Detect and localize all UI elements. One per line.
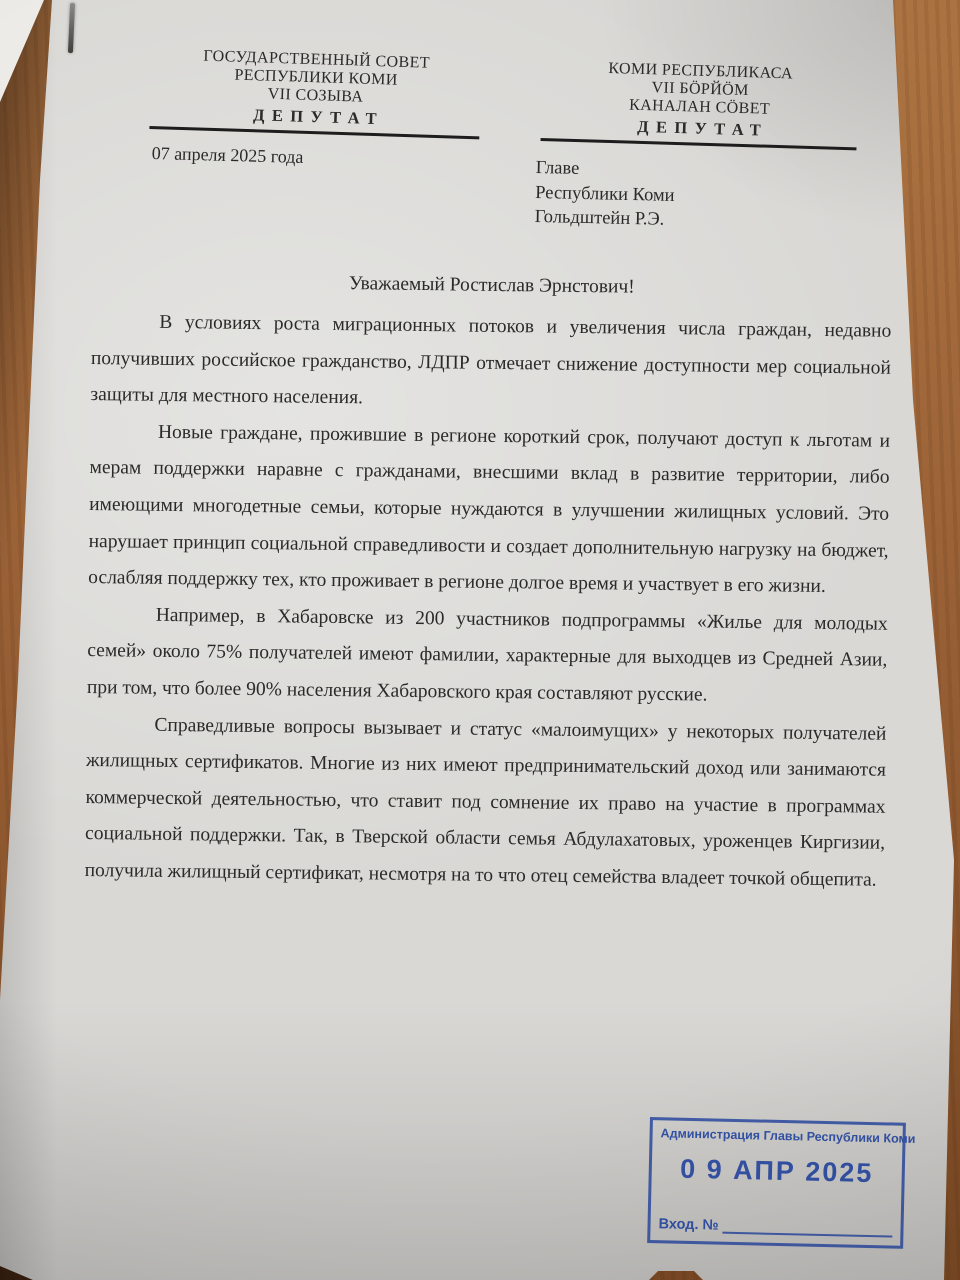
recipient-line3: Гольдштейн Р.Э. [534, 205, 674, 232]
stamp-entry-number-line [722, 1216, 892, 1238]
recipient-line2: Республики Коми [535, 180, 675, 207]
stamp-organization: Администрация Главы Республики Коми [660, 1126, 894, 1145]
stamp-entry-row: Вход. № [658, 1214, 892, 1237]
incoming-registration-stamp: Администрация Главы Республики Коми 0 9 … [647, 1117, 906, 1249]
letter-body: Уважаемый Ростислав Эрнстович! В условия… [84, 270, 892, 899]
recipient-block: Главе Республики Коми Гольдштейн Р.Э. [534, 156, 675, 232]
letterhead-left: ГОСУДАРСТВЕННЫЙ СОВЕТ РЕСПУБЛИКИ КОМИ VI… [149, 46, 481, 139]
paragraph-3: Например, в Хабаровске из 200 участников… [87, 597, 888, 717]
stamp-entry-label: Вход. № [658, 1216, 718, 1233]
letterhead-right: КОМИ РЕСПУБЛИКАСА VII БÖРЙÖМ КАНАЛАН СÖВ… [541, 58, 859, 150]
paragraph-1: В условиях роста миграционных потоков и … [90, 304, 891, 424]
photo-frame: ГОСУДАРСТВЕННЫЙ СОВЕТ РЕСПУБЛИКИ КОМИ VI… [0, 0, 960, 1280]
recipient-line1: Главе [535, 156, 675, 183]
paragraph-4: Справедливые вопросы вызывает и статус «… [84, 706, 886, 899]
stamp-date: 0 9 АПР 2025 [651, 1153, 902, 1190]
salutation: Уважаемый Ростислав Эрнстович! [92, 270, 892, 302]
document-page: ГОСУДАРСТВЕННЫЙ СОВЕТ РЕСПУБЛИКИ КОМИ VI… [0, 0, 960, 1280]
letter-date: 07 апреля 2025 года [151, 143, 303, 168]
paragraph-2: Новые граждане, прожившие в регионе коро… [88, 414, 890, 607]
